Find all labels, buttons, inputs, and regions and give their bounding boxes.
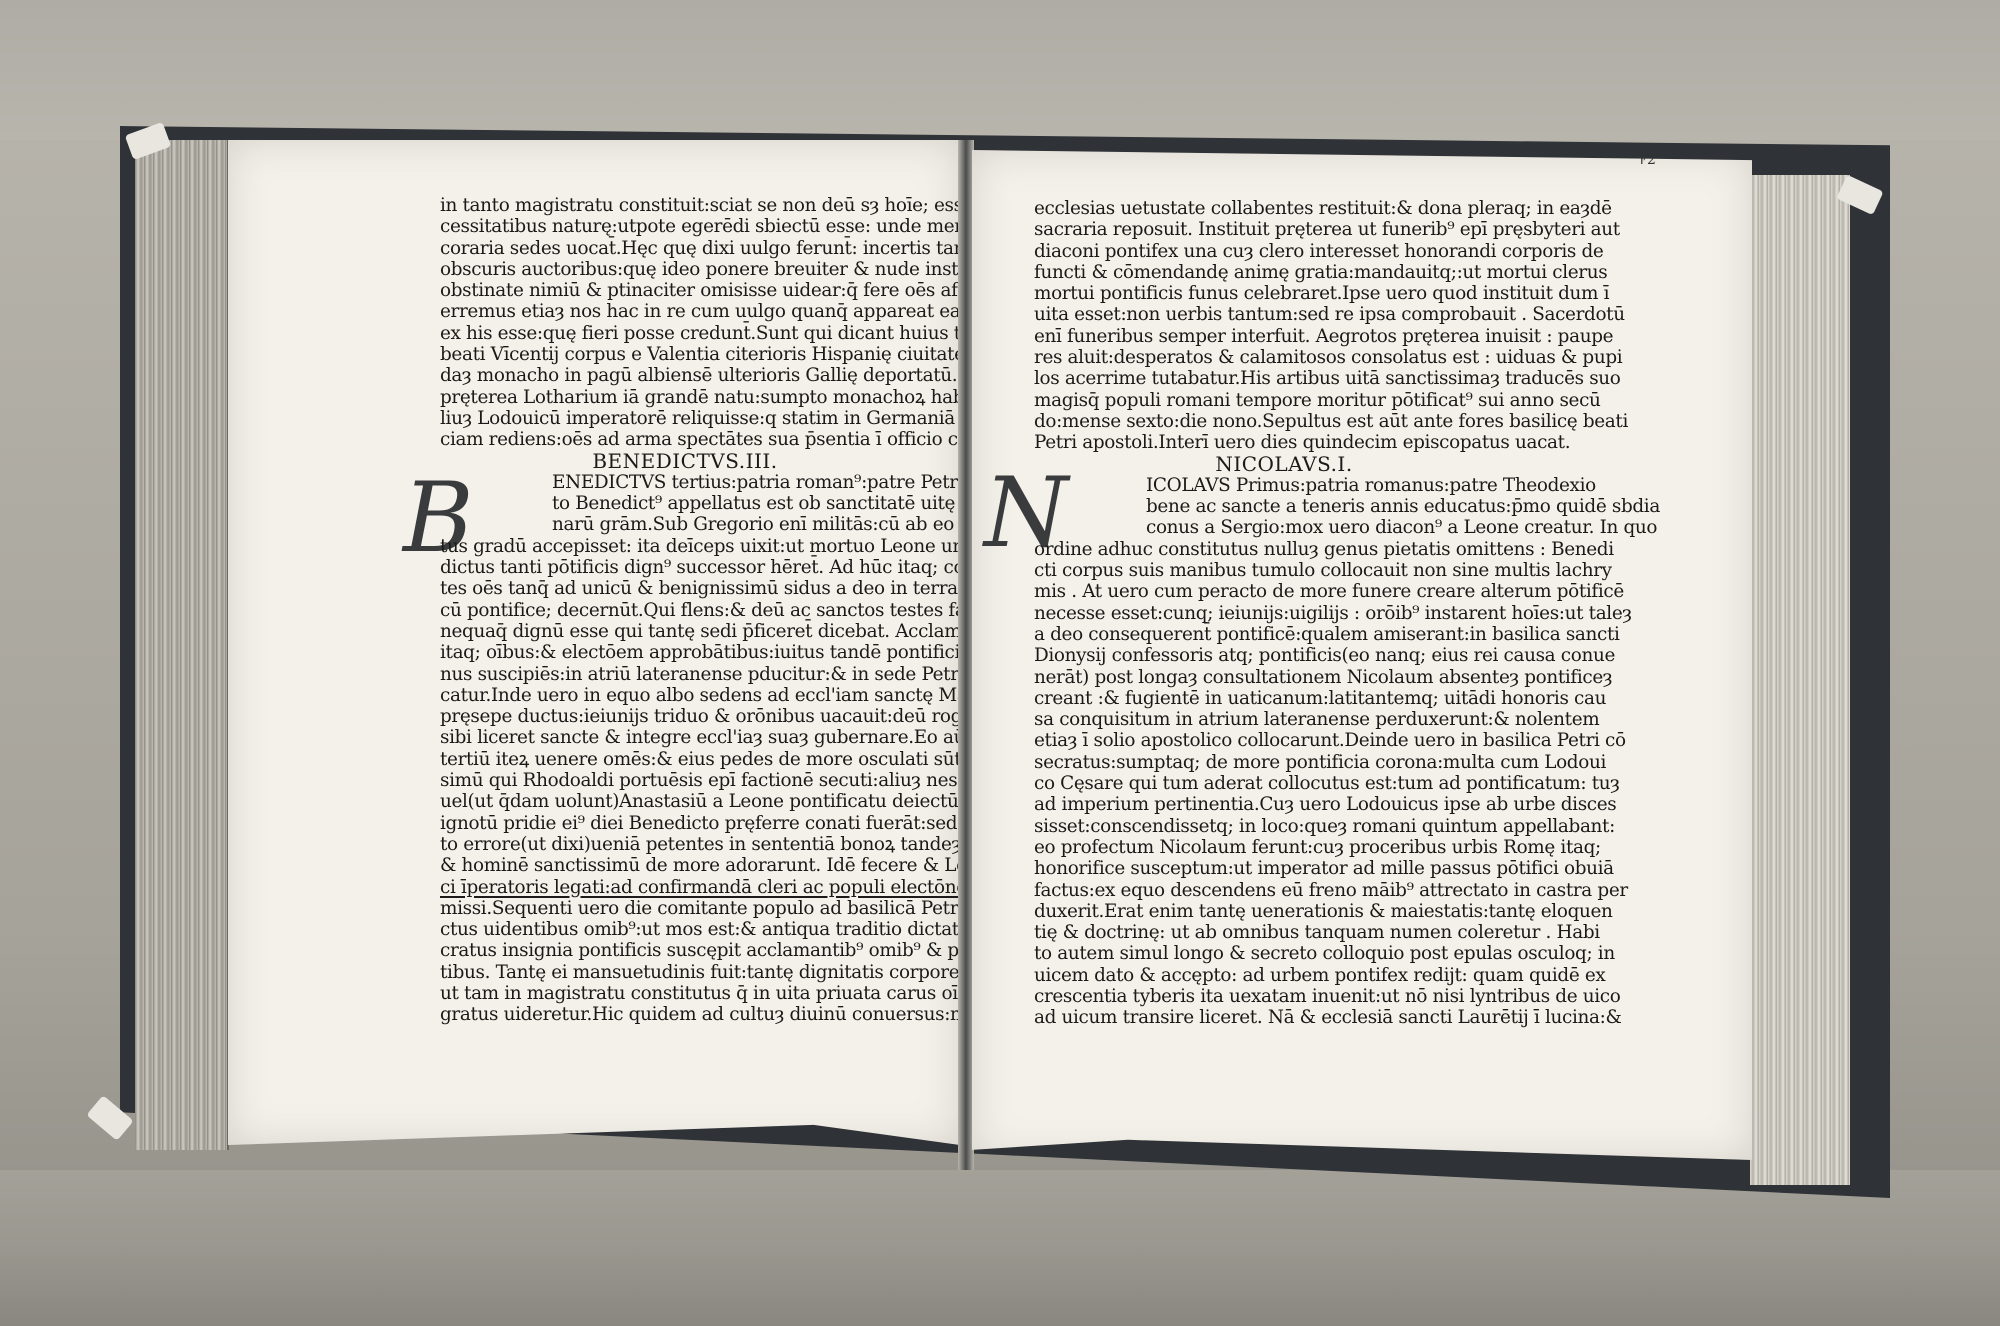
text-line: conus a Sergio:mox uero diacon⁹ a Leone … — [1034, 517, 1534, 538]
text-line: etiaȝ ī solio apostolico collocarunt.Dei… — [1034, 730, 1534, 751]
text-line: do:mense sexto:die nono.Sepultus est aūt… — [1034, 411, 1534, 432]
book-gutter — [958, 140, 974, 1170]
text-line: mortui pontificis funus celebraret.Ipse … — [1034, 283, 1534, 304]
right-page-edges — [1750, 175, 1850, 1185]
text-line: necesse esset:cunq; ieiunijs:uigilijs : … — [1034, 603, 1534, 624]
text-line: cti corpus suis manibus tumulo collocaui… — [1034, 560, 1534, 581]
text-line: pręsepe ductus:ieiunijs triduo & orōnibu… — [440, 706, 930, 727]
text-line: Dionysij confessoris atq; pontificis(eo … — [1034, 645, 1534, 666]
text-line: obstinate nimiū & ptinaciter omisisse ui… — [440, 280, 930, 301]
text-line: daȝ monacho in pagū albiensē ulterioris … — [440, 365, 930, 386]
right-page-text: ecclesias uetustate collabentes restitui… — [1034, 198, 1534, 1029]
table-surface — [0, 1170, 2000, 1326]
text-line: ordine adhuc constitutus nulluȝ genus pi… — [1034, 539, 1534, 560]
left-page-text: in tanto magistratu constituit:sciat se … — [440, 195, 930, 1026]
text-line: catur.Inde uero in equo albo sedens ad e… — [440, 685, 930, 706]
text-line-underlined: ad imperium pertinentia.Cuȝ uero Lodouic… — [1034, 794, 1534, 815]
text-line: bene ac sancte a teneris annis educatus:… — [1034, 496, 1534, 517]
text-line: enī funeribus semper interfuit. Aegrotos… — [1034, 326, 1534, 347]
text-line: tertiū iteꝝ uenere omēs:& eius pedes de … — [440, 749, 930, 770]
text-line: ctus uidentibus omib⁹:ut mos est:& antiq… — [440, 919, 930, 940]
text-line: secratus:sumptaq; de more pontificia cor… — [1034, 752, 1534, 773]
text-line: los acerrime tutabatur.His artibus uitā … — [1034, 368, 1534, 389]
text-line: simū qui Rhodoaldi portuēsis epī faction… — [440, 770, 930, 791]
text-line: nus suscipiēs:in atriū lateranense pduci… — [440, 664, 930, 685]
text-line: missi.Sequenti uero die comitante populo… — [440, 898, 930, 919]
left-page-edges — [135, 140, 229, 1150]
text-line: cessitatibus naturę:utpote egerēdi sbiec… — [440, 216, 930, 237]
right-page: N ecclesias uetustate collabentes restit… — [972, 150, 1752, 1160]
text-line: sisset:conscendissetq; in loco:queȝ roma… — [1034, 816, 1534, 837]
left-page: B in tanto magistratu constituit:sciat s… — [228, 140, 960, 1145]
text-line: uita esset:non uerbis tantum:sed re ipsa… — [1034, 304, 1534, 325]
text-line: in tanto magistratu constituit:sciat se … — [440, 195, 930, 216]
text-line: to errore(ut dixi)ueniā petentes in sent… — [440, 834, 930, 855]
text-line: coraria sedes uocat̄.Hęc quę dixi uulgo … — [440, 238, 930, 259]
text-line: itaq; oībus:& electōem approbātibus:iuit… — [440, 642, 930, 663]
text-line: beati Vīcentij corpus e Valentia citerio… — [440, 344, 930, 365]
text-line: mis . At uero cum peracto de more funere… — [1034, 581, 1534, 602]
text-line: erremus etiaȝ nos hac in re cum uulgo qu… — [440, 301, 930, 322]
text-line: duxerit.Erat enim tantę uenerationis & m… — [1034, 901, 1534, 922]
text-line: sacraria reposuit. Instituit pręterea ut… — [1034, 219, 1534, 240]
text-line: cratus insignia pontificis suscępit accl… — [440, 940, 930, 961]
text-line: nerāt) post longaȝ consultationem Nicola… — [1034, 667, 1534, 688]
text-line: uel(ut q̄dam uolunt)Anastasiū a Leone po… — [440, 791, 930, 812]
text-line: creant :& fugientē in uaticanum:latitant… — [1034, 688, 1534, 709]
text-line: tibus. Tantę ei mansuetudinis fuit:tantę… — [440, 962, 930, 983]
text-line-underlined: pręterea Lotharium iā grandē natu:sumpto… — [440, 387, 930, 408]
text-line: cū pontifice; decernūt.Qui flens:& deū a… — [440, 600, 930, 621]
text-line: magisq̄ populi romani tempore moritur pō… — [1034, 390, 1534, 411]
text-line: res aluit:desperatos & calamitosos conso… — [1034, 347, 1534, 368]
photo-background — [0, 0, 2000, 140]
section-heading-benedictus: BENEDICTVS.III. — [440, 451, 930, 472]
text-line: ignotū pridie ei⁹ diei Benedicto pręferr… — [440, 813, 930, 834]
text-line: crescentia tyberis ita uexatam inuenit:u… — [1034, 986, 1534, 1007]
section-heading-nicolaus: NICOLAVS.I. — [1034, 454, 1534, 475]
text-line: ecclesias uetustate collabentes restitui… — [1034, 198, 1534, 219]
text-line: honorifice susceptum:ut imperator ad mil… — [1034, 858, 1534, 879]
text-line: sa conquisitum in atrium lateranense per… — [1034, 709, 1534, 730]
text-line: ut tam in magistratu constitutus q̄ in u… — [440, 983, 930, 1004]
page-corner-mark: ꝵ2 — [1640, 150, 1656, 169]
text-line: liuȝ Lodouicū imperatorē reliquisse:q st… — [440, 408, 930, 429]
text-line: ENEDICTVS tertius:patria roman⁹:patre Pe… — [440, 472, 930, 493]
text-line: tes oēs tanq̄ ad unicū & benignissimū si… — [440, 578, 930, 599]
text-line-underlined: co Cęsare qui tum aderat collocutus est:… — [1034, 773, 1534, 794]
text-line: sibi liceret sancte & integre eccl'iaȝ s… — [440, 727, 930, 748]
text-line-underlined: ci īperatoris legati:ad confirmandā cler… — [440, 877, 930, 898]
text-line: ex his esse:quę fieri posse credunt̄.Sun… — [440, 323, 930, 344]
text-line-underlined: & hominē sanctissimū de more adorarunt. … — [440, 855, 930, 876]
text-line: tię & doctrinę: ut ab omnibus tanquam nu… — [1034, 922, 1534, 943]
text-line: to autem simul longo & secreto colloquio… — [1034, 943, 1534, 964]
text-line: factus:ex equo descendens eū freno māib⁹… — [1034, 880, 1534, 901]
text-line: a deo consequerent̄ pontificē:qualem ami… — [1034, 624, 1534, 645]
text-line: gratus uideretur.Hic quidem ad cultuȝ di… — [440, 1004, 930, 1025]
text-line: tus gradū accepisset: ita deīceps uixit:… — [440, 536, 930, 557]
text-line: Petri apostoli.Interī uero dies quindeci… — [1034, 432, 1534, 453]
text-line: to Benedict⁹ appellatus est ob sanctitat… — [440, 493, 930, 514]
text-line: ciam rediens:oēs ad arma spectātes sua p… — [440, 429, 930, 450]
text-line: narū grām.Sub Gregorio enī militās:cū ab… — [440, 514, 930, 535]
text-line: diaconi pontifex una cuȝ clero interesse… — [1034, 241, 1534, 262]
text-line: ad uicum transire liceret. Nā & ecclesiā… — [1034, 1007, 1534, 1028]
text-line: obscuris auctoribus:quę ideo ponere breu… — [440, 259, 930, 280]
text-line: eo profectum Nicolaum ferunt:cuȝ proceri… — [1034, 837, 1534, 858]
text-line: nequaq̄ dignū esse qui tantę sedi p̄fice… — [440, 621, 930, 642]
text-line: ICOLAVS Primus:patria romanus:patre Theo… — [1034, 475, 1534, 496]
text-line: uicem dato & accępto: ad urbem pontifex … — [1034, 965, 1534, 986]
text-line: dictus tanti pōtificis dign⁹ successor h… — [440, 557, 930, 578]
text-line: functi & cōmendandę animę gratia:mandaui… — [1034, 262, 1534, 283]
